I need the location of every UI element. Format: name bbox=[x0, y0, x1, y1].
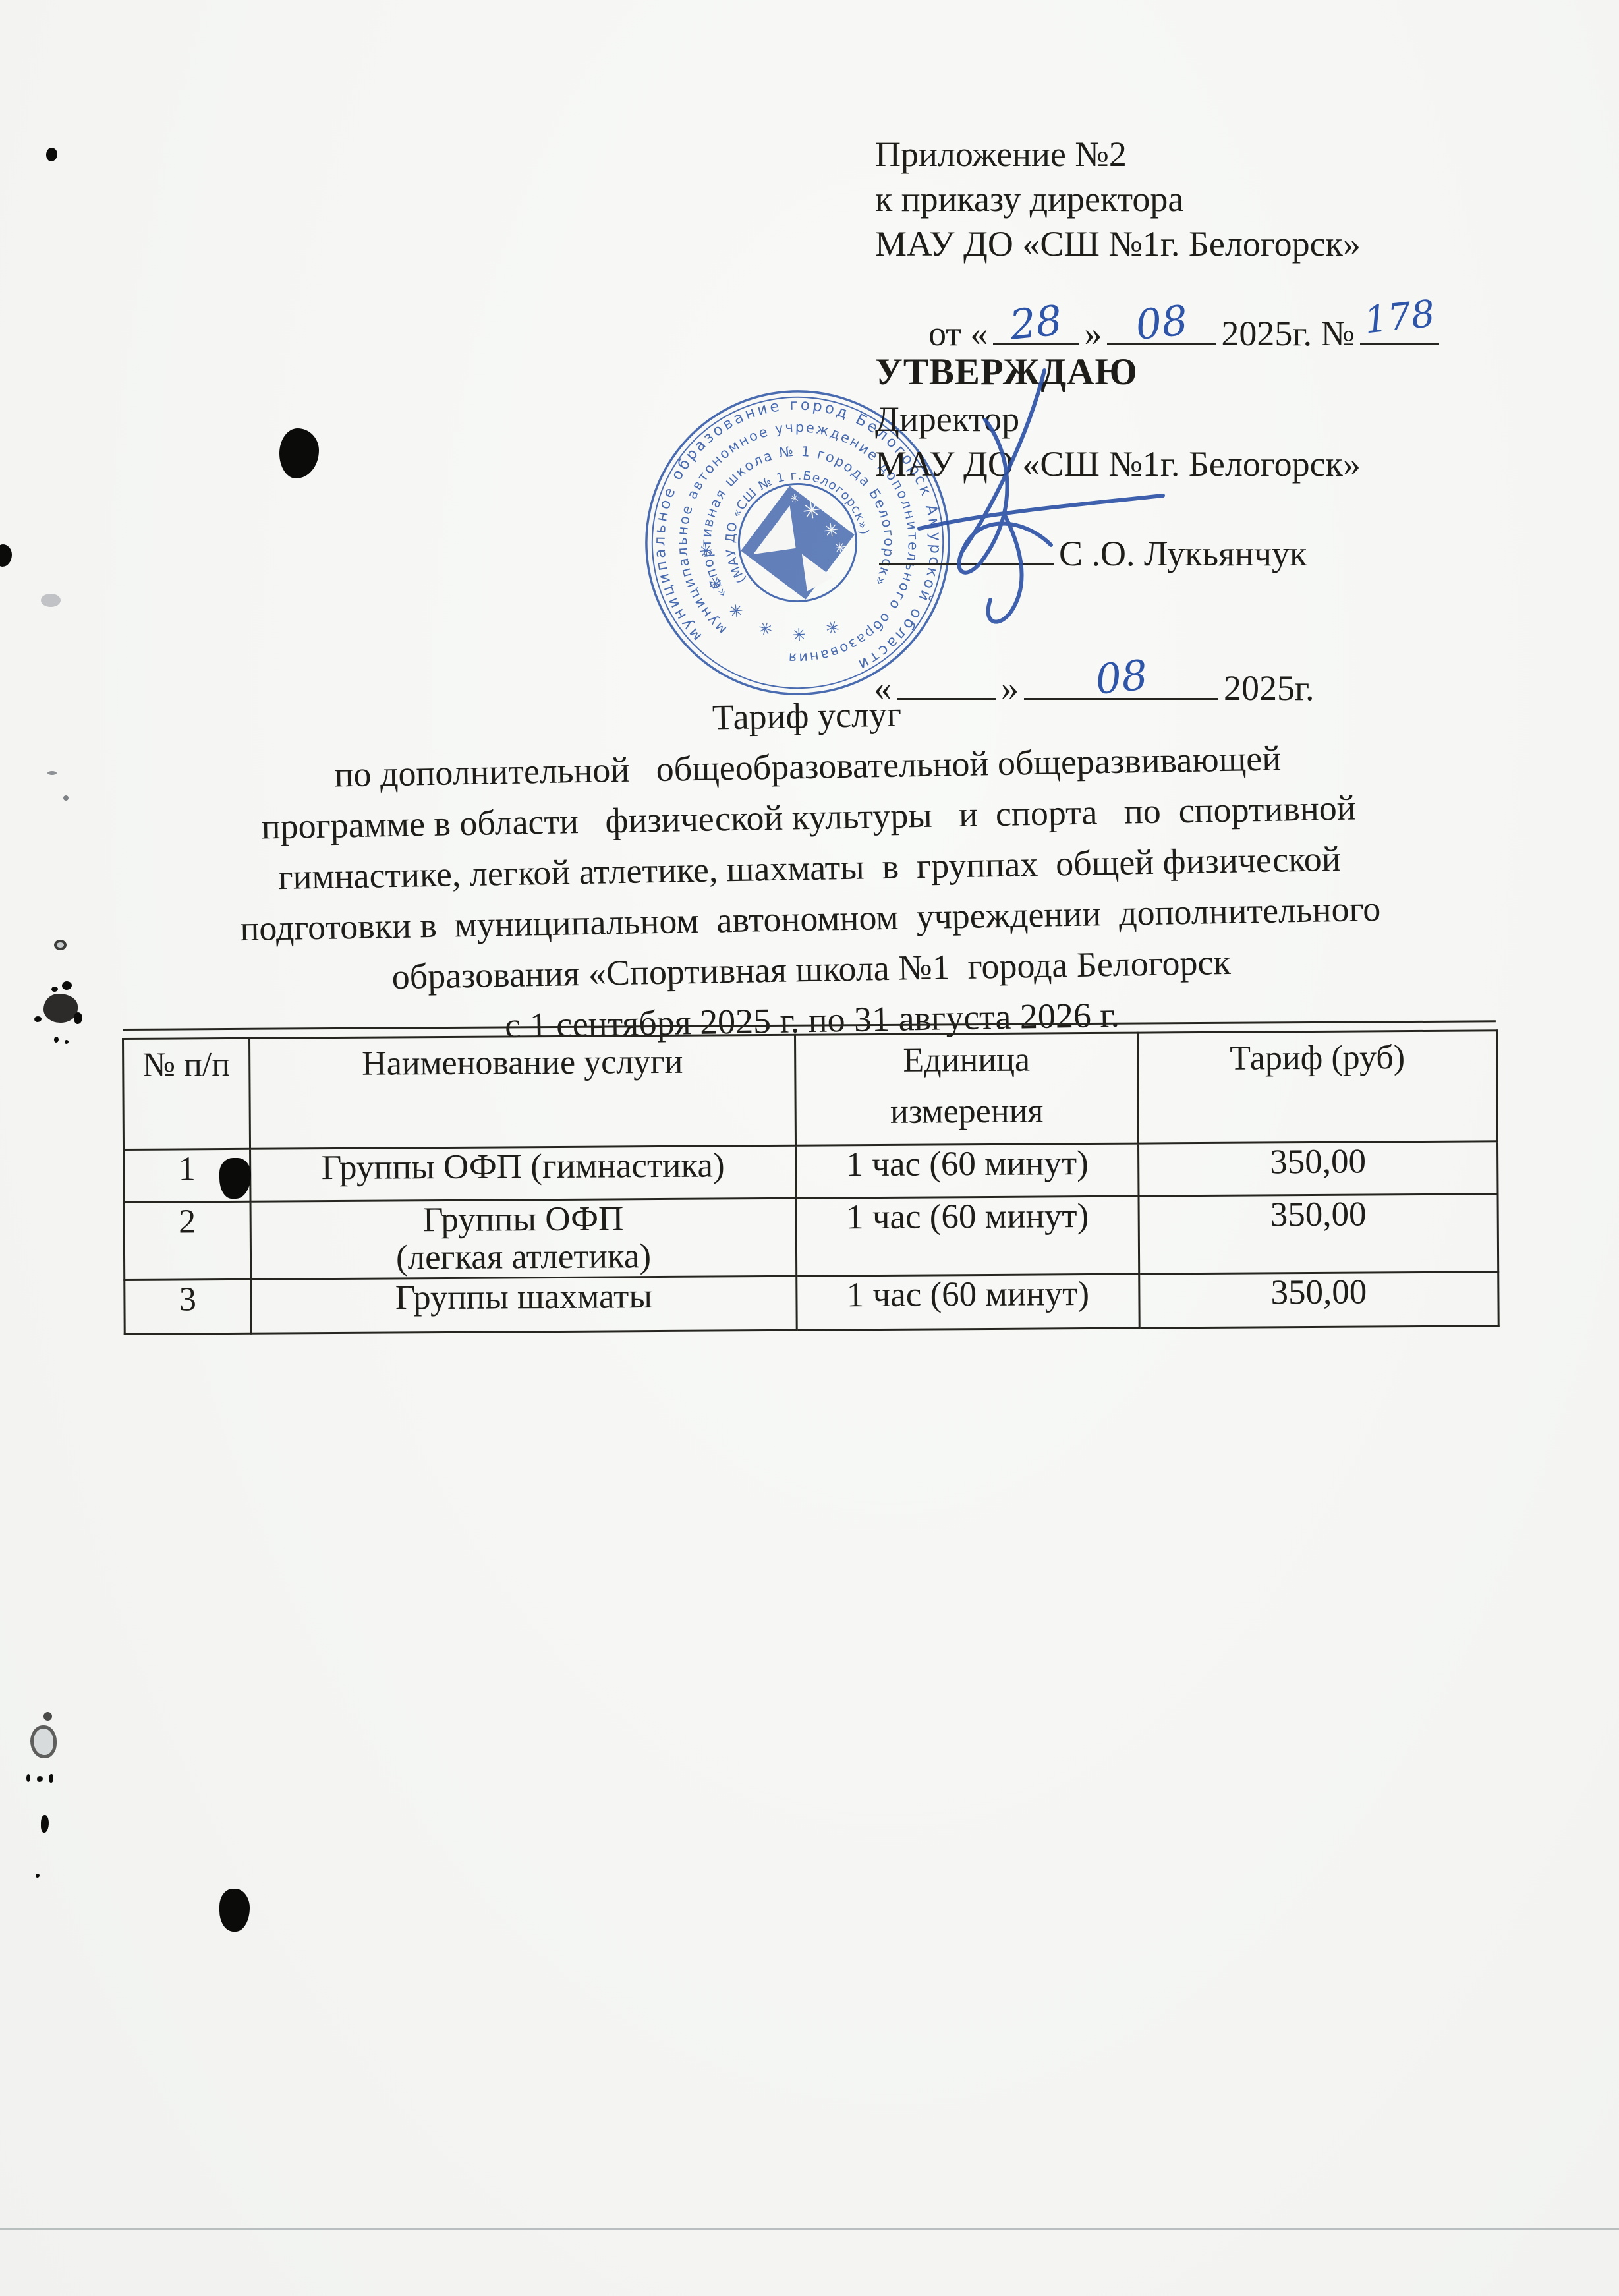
handwritten-month: 08 bbox=[1133, 300, 1189, 346]
header-cell-number: № п/п bbox=[123, 1038, 250, 1149]
scan-speck bbox=[54, 940, 67, 950]
document-title: Тариф услуг по дополнительной общеобразо… bbox=[0, 677, 1619, 1060]
snowflake-icon: ✳ bbox=[789, 491, 801, 505]
date-prefix: от « bbox=[928, 314, 988, 353]
cell-service: Группы шахматы bbox=[251, 1276, 797, 1333]
appendix-label: Приложение №2 bbox=[875, 132, 1444, 177]
table-header-row: № п/п Наименование услуги Единица измере… bbox=[123, 1031, 1498, 1150]
cell-tariff: 350,00 bbox=[1139, 1141, 1498, 1196]
date-year: 2025г. № bbox=[1221, 314, 1355, 353]
table-row: 3 Группы шахматы 1 час (60 минут) 350,00 bbox=[125, 1272, 1498, 1335]
cell-tariff: 350,00 bbox=[1139, 1194, 1498, 1274]
ink-blob bbox=[41, 1815, 49, 1833]
tariff-table: № п/п Наименование услуги Единица измере… bbox=[122, 1029, 1500, 1335]
scan-speck bbox=[26, 1774, 30, 1782]
table-row: 1 Группы ОФП (гимнастика) 1 час (60 мину… bbox=[124, 1141, 1498, 1203]
scan-edge-line bbox=[0, 2228, 1619, 2230]
ink-blob bbox=[46, 148, 57, 161]
cell-service: Группы ОФП (легкая атлетика) bbox=[250, 1198, 797, 1279]
cell-unit: 1 час (60 минут) bbox=[797, 1274, 1139, 1330]
scan-speck bbox=[63, 795, 69, 801]
scanned-document-page: муниципальное образование город Белогорс… bbox=[0, 0, 1619, 2296]
signature-scribble bbox=[913, 364, 1176, 647]
scan-speck bbox=[49, 1774, 53, 1783]
header-cell-tariff: Тариф (руб) bbox=[1137, 1031, 1497, 1143]
ink-blob bbox=[0, 544, 12, 567]
scan-speck bbox=[43, 1712, 52, 1721]
cell-unit: 1 час (60 минут) bbox=[796, 1143, 1139, 1198]
tariff-table-block: № п/п Наименование услуги Единица измере… bbox=[122, 1029, 1500, 1335]
cell-unit: 1 час (60 минут) bbox=[796, 1196, 1139, 1276]
snowflake-icon: ✳ bbox=[801, 497, 822, 525]
scan-speck bbox=[37, 1776, 43, 1782]
handwritten-number-slot: 178 bbox=[1360, 335, 1439, 345]
header-cell-service: Наименование услуги bbox=[250, 1035, 796, 1149]
cell-number: 3 bbox=[125, 1279, 251, 1334]
ink-blob bbox=[219, 1889, 250, 1932]
handwritten-day-slot: 28 bbox=[993, 335, 1079, 345]
scan-smudge bbox=[41, 594, 61, 607]
handwritten-order-number: 178 bbox=[1363, 294, 1437, 342]
table-row: 2 Группы ОФП (легкая атлетика) 1 час (60… bbox=[124, 1194, 1498, 1280]
ink-blob bbox=[279, 428, 319, 478]
cell-tariff: 350,00 bbox=[1139, 1272, 1498, 1328]
handwritten-day: 28 bbox=[1008, 300, 1064, 346]
order-reference: к приказу директора bbox=[875, 177, 1444, 221]
organization-name: МАУ ДО «СШ №1г. Белогорск» bbox=[875, 221, 1444, 266]
header-cell-unit: Единица измерения bbox=[795, 1033, 1138, 1145]
scan-speck bbox=[47, 771, 57, 775]
cell-service: Группы ОФП (гимнастика) bbox=[250, 1145, 796, 1201]
date-close-quote: » bbox=[1084, 314, 1102, 353]
cell-number: 2 bbox=[124, 1201, 251, 1280]
scan-smudge bbox=[30, 1725, 57, 1758]
scan-speck bbox=[36, 1874, 40, 1878]
ink-blob bbox=[43, 994, 78, 1023]
handwritten-month-slot: 08 bbox=[1107, 335, 1216, 345]
